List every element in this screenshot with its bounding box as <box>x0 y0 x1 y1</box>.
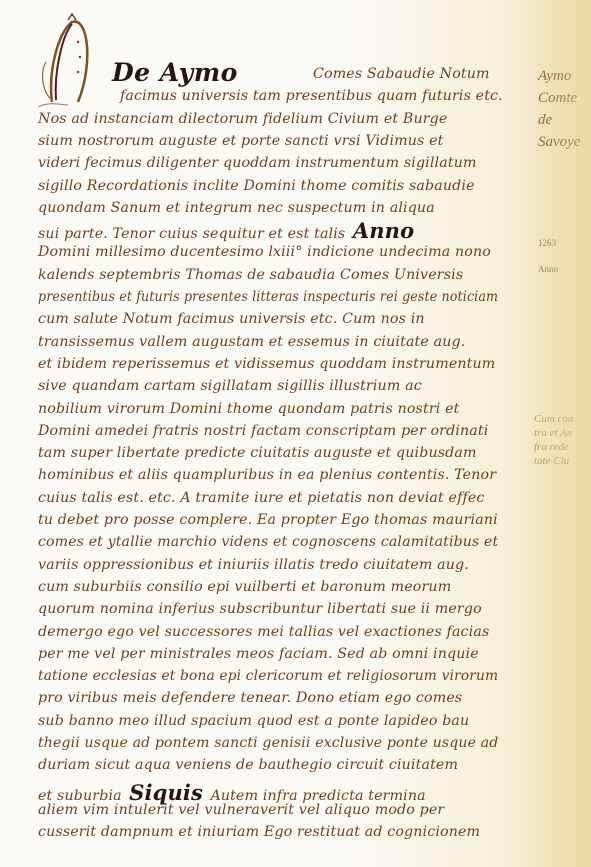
line-text: variis oppressionibus et iniuriis illati… <box>38 557 469 573</box>
line-text: sium nostrorum auguste et porte sancti v… <box>38 133 444 149</box>
line-text: hominibus et aliis quampluribus in ea pl… <box>38 467 496 483</box>
manuscript-line: videri fecimus diligenter quoddam instru… <box>38 155 477 171</box>
line-text: duriam sicut aqua veniens de bauthegio c… <box>38 757 458 773</box>
line-text: aliem vim intulerit vel vulneraverit vel… <box>38 802 444 818</box>
margin-note-aymo: Aymo Comte de Savoye <box>538 65 591 153</box>
manuscript-line: transissemus vallem augustam et essemus … <box>38 334 465 350</box>
manuscript-line: quondam Sanum et integrum nec suspectum … <box>38 200 435 216</box>
manuscript-line: kalends septembris Thomas de sabaudia Co… <box>38 267 463 283</box>
manuscript-line: Nos ad instanciam dilectorum fidelium Ci… <box>38 111 447 127</box>
manuscript-line: facimus universis tam presentibus quam f… <box>120 88 503 104</box>
manuscript-line: cum suburbiis consilio epi vuilberti et … <box>38 579 451 595</box>
line-text: demergo ego vel successores mei tallias … <box>38 624 489 640</box>
line-text: Domini amedei fratris nostri factam cons… <box>38 423 488 439</box>
line-text: cusserit dampnum et iniuriam Ego restitu… <box>38 824 480 840</box>
margin-date-number: 1263 <box>538 238 556 248</box>
line-text: tam super libertate predicte ciuitatis a… <box>38 445 477 461</box>
line-text: transissemus vallem augustam et essemus … <box>38 334 465 350</box>
manuscript-line: demergo ego vel successores mei tallias … <box>38 624 489 640</box>
manuscript-line: et suburbia Siquis Autem infra predicta … <box>38 780 426 805</box>
manuscript-line: pro viribus meis defendere tenear. Dono … <box>38 690 462 706</box>
manuscript-line: aliem vim intulerit vel vulneraverit vel… <box>38 802 444 818</box>
manuscript-line: et ibidem reperissemus et vidissemus quo… <box>38 356 495 372</box>
manuscript-line: Comes Sabaudie Notum <box>313 66 490 82</box>
rubric-word: Siquis <box>122 780 211 805</box>
manuscript-line: cusserit dampnum et iniuriam Ego restitu… <box>38 824 480 840</box>
line-text: quorum nomina inferius subscribuntur lib… <box>38 601 482 617</box>
manuscript-line: comes et ytallie marchio videns et cogno… <box>38 534 498 550</box>
margin-note-line: Savoye <box>538 131 591 153</box>
margin-date-word: Anno <box>538 264 558 274</box>
heading-de-aymo: De Aymo <box>112 58 238 87</box>
line-text: facimus universis tam presentibus quam f… <box>120 88 503 104</box>
margin-note-line: Cum con <box>534 412 573 426</box>
line-text: sive quandam cartam sigillatam sigillis … <box>38 378 422 394</box>
manuscript-line: variis oppressionibus et iniuriis illati… <box>38 557 469 573</box>
manuscript-line: hominibus et aliis quampluribus in ea pl… <box>38 467 496 483</box>
rubric-word: Anno <box>345 218 414 243</box>
line-text: per me vel per ministrales meos faciam. … <box>38 646 479 662</box>
line-text: sui parte. Tenor cuius sequitur et est t… <box>38 226 345 242</box>
manuscript-line: sive quandam cartam sigillatam sigillis … <box>38 378 422 394</box>
margin-note-line: Aymo <box>538 65 591 87</box>
manuscript-line: sub banno meo illud spacium quod est a p… <box>38 713 469 729</box>
manuscript-line: tu debet pro posse complere. Ea propter … <box>38 512 498 528</box>
illuminated-initial-n-icon <box>38 12 94 107</box>
manuscript-line: cum salute Notum facimus universis etc. … <box>38 311 425 327</box>
line-text: cum salute Notum facimus universis etc. … <box>38 311 425 327</box>
line-text: tatione ecclesias et bona epi clericorum… <box>38 668 498 684</box>
line-text: videri fecimus diligenter quoddam instru… <box>38 155 477 171</box>
line-text: et ibidem reperissemus et vidissemus quo… <box>38 356 495 372</box>
manuscript-line: quorum nomina inferius subscribuntur lib… <box>38 601 482 617</box>
manuscript-line: cuius talis est. etc. A tramite iure et … <box>38 490 485 506</box>
manuscript-line: thegii usque ad pontem sancti genisii ex… <box>38 735 498 751</box>
margin-note-line: fra rede <box>534 440 573 454</box>
manuscript-line: nobilium virorum Domini thome quondam pa… <box>38 401 460 417</box>
manuscript-line: duriam sicut aqua veniens de bauthegio c… <box>38 757 458 773</box>
margin-note-line: Comte de <box>538 87 591 131</box>
manuscript-line: presentibus et futuris presentes littera… <box>38 289 498 305</box>
line-text: Nos ad instanciam dilectorum fidelium Ci… <box>38 111 447 127</box>
line-text: Comes Sabaudie Notum <box>313 66 490 82</box>
line-text: thegii usque ad pontem sancti genisii ex… <box>38 735 498 751</box>
manuscript-line: Domini amedei fratris nostri factam cons… <box>38 423 488 439</box>
line-text: presentibus et futuris presentes littera… <box>38 289 498 305</box>
line-text: cum suburbiis consilio epi vuilberti et … <box>38 579 451 595</box>
manuscript-line: sui parte. Tenor cuius sequitur et est t… <box>38 218 414 243</box>
manuscript-line: Domini millesimo ducentesimo lxiii° indi… <box>38 244 491 260</box>
margin-note-line: tra et An <box>534 426 573 440</box>
margin-note-line: tate Ciu <box>534 454 573 468</box>
line-text: pro viribus meis defendere tenear. Dono … <box>38 690 462 706</box>
line-text: nobilium virorum Domini thome quondam pa… <box>38 401 460 417</box>
line-text: sigillo Recordationis inclite Domini tho… <box>38 178 475 194</box>
manuscript-line: sium nostrorum auguste et porte sancti v… <box>38 133 444 149</box>
line-text: cuius talis est. etc. A tramite iure et … <box>38 490 485 506</box>
line-text: comes et ytallie marchio videns et cogno… <box>38 534 498 550</box>
line-text: kalends septembris Thomas de sabaudia Co… <box>38 267 463 283</box>
manuscript-line: tam super libertate predicte ciuitatis a… <box>38 445 477 461</box>
line-text: tu debet pro posse complere. Ea propter … <box>38 512 498 528</box>
line-text: quondam Sanum et integrum nec suspectum … <box>38 200 435 216</box>
manuscript-line: per me vel per ministrales meos faciam. … <box>38 646 479 662</box>
line-text: sub banno meo illud spacium quod est a p… <box>38 713 469 729</box>
manuscript-line: sigillo Recordationis inclite Domini tho… <box>38 178 475 194</box>
line-text: Domini millesimo ducentesimo lxiii° indi… <box>38 244 491 260</box>
margin-note-faded: Cum con tra et An fra rede tate Ciu <box>534 412 573 468</box>
manuscript-line: tatione ecclesias et bona epi clericorum… <box>38 668 498 684</box>
manuscript-page: De Aymo Comes Sabaudie Notumfacimus univ… <box>0 0 591 867</box>
